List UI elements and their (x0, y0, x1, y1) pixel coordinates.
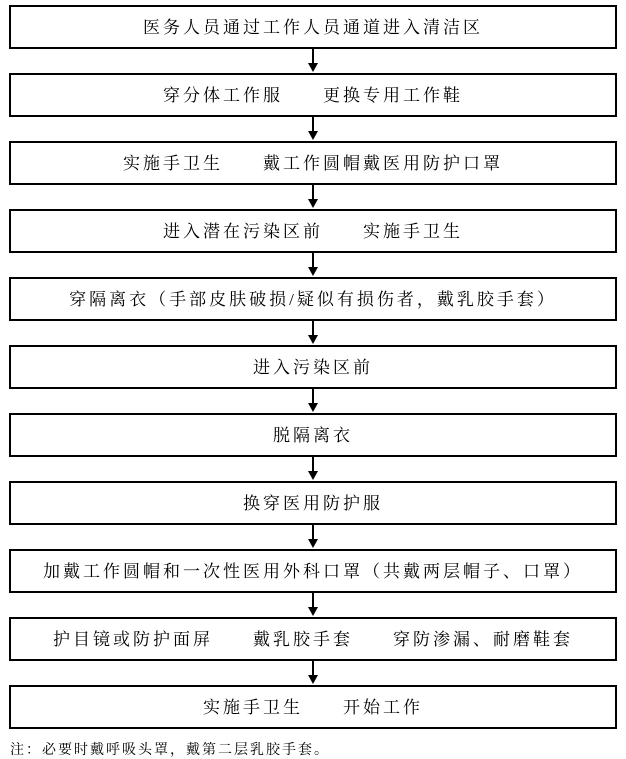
flow-step-label: 加戴工作圆帽和一次性医用外科口罩（共戴两层帽子、口罩） (43, 563, 583, 580)
down-arrow-icon (9, 321, 617, 345)
down-arrow-icon (9, 185, 617, 209)
flow-step-label: 进入潜在污染区前 实施手卫生 (163, 223, 463, 240)
arrow-shaft (312, 661, 314, 675)
flow-step-3: 实施手卫生 戴工作圆帽戴医用防护口罩 (9, 141, 617, 185)
arrow-shaft (312, 457, 314, 471)
arrow-shaft (312, 525, 314, 539)
flow-step-label: 穿分体工作服 更换专用工作鞋 (163, 87, 463, 104)
flow-step-label: 脱隔离衣 (273, 427, 353, 444)
arrow-shaft (312, 253, 314, 267)
flow-step-label: 医务人员通过工作人员通道进入清洁区 (143, 19, 483, 36)
down-arrow-icon (9, 593, 617, 617)
flow-step-1: 医务人员通过工作人员通道进入清洁区 (9, 5, 617, 49)
down-arrow-icon (9, 389, 617, 413)
flow-step-7: 脱隔离衣 (9, 413, 617, 457)
arrow-head (308, 199, 318, 208)
down-arrow-icon (9, 525, 617, 549)
arrow-head (308, 131, 318, 140)
flow-step-2: 穿分体工作服 更换专用工作鞋 (9, 73, 617, 117)
arrow-shaft (312, 185, 314, 199)
flow-step-label: 实施手卫生 开始工作 (203, 699, 423, 716)
flow-step-label: 进入污染区前 (253, 359, 373, 376)
arrow-head (308, 675, 318, 684)
flow-step-5: 穿隔离衣（手部皮肤破损/疑似有损伤者，戴乳胶手套） (9, 277, 617, 321)
flow-step-10: 护目镜或防护面屏 戴乳胶手套 穿防渗漏、耐磨鞋套 (9, 617, 617, 661)
arrow-shaft (312, 49, 314, 63)
flow-step-4: 进入潜在污染区前 实施手卫生 (9, 209, 617, 253)
flow-step-8: 换穿医用防护服 (9, 481, 617, 525)
flow-step-label: 护目镜或防护面屏 戴乳胶手套 穿防渗漏、耐磨鞋套 (53, 631, 573, 648)
arrow-shaft (312, 389, 314, 403)
arrow-head (308, 607, 318, 616)
down-arrow-icon (9, 253, 617, 277)
arrow-head (308, 335, 318, 344)
flow-step-9: 加戴工作圆帽和一次性医用外科口罩（共戴两层帽子、口罩） (9, 549, 617, 593)
arrow-head (308, 539, 318, 548)
arrow-shaft (312, 321, 314, 335)
flowchart-page: 医务人员通过工作人员通道进入清洁区 穿分体工作服 更换专用工作鞋 实施手卫生 戴… (0, 0, 626, 759)
arrow-head (308, 267, 318, 276)
flowchart: 医务人员通过工作人员通道进入清洁区 穿分体工作服 更换专用工作鞋 实施手卫生 戴… (0, 0, 626, 729)
down-arrow-icon (9, 661, 617, 685)
flow-step-11: 实施手卫生 开始工作 (9, 685, 617, 729)
flow-step-label: 穿隔离衣（手部皮肤破损/疑似有损伤者，戴乳胶手套） (69, 291, 557, 308)
footnote: 注：必要时戴呼吸头罩，戴第二层乳胶手套。 (10, 739, 626, 759)
down-arrow-icon (9, 49, 617, 73)
arrow-shaft (312, 593, 314, 607)
down-arrow-icon (9, 457, 617, 481)
arrow-head (308, 403, 318, 412)
arrow-shaft (312, 117, 314, 131)
arrow-head (308, 471, 318, 480)
arrow-head (308, 63, 318, 72)
down-arrow-icon (9, 117, 617, 141)
flow-step-6: 进入污染区前 (9, 345, 617, 389)
flow-step-label: 换穿医用防护服 (243, 495, 383, 512)
flow-step-label: 实施手卫生 戴工作圆帽戴医用防护口罩 (123, 155, 503, 172)
